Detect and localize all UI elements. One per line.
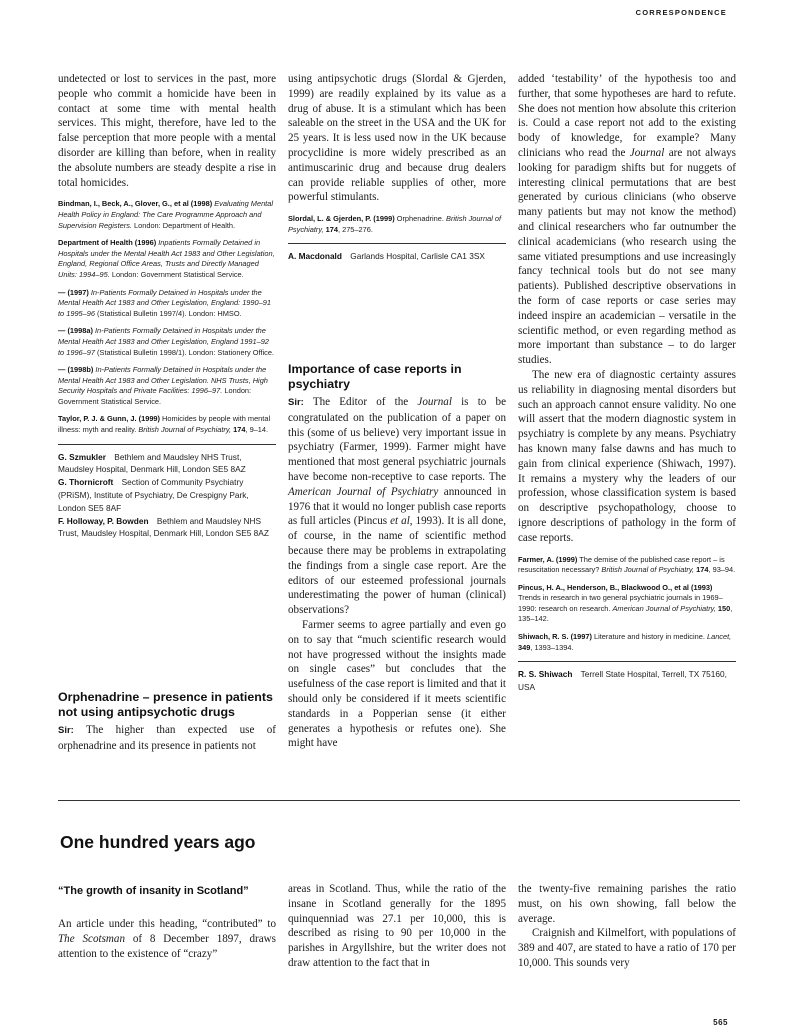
body-paragraph: using antipsychotic drugs (Slordal & Gje… <box>288 72 506 205</box>
author-affiliation: F. Holloway, P. Bowden Bethlem and Mauds… <box>58 515 276 541</box>
reference: Department of Health (1996) Inpatients F… <box>58 238 276 280</box>
divider <box>518 661 736 662</box>
case-reports-letter: Importance of case reports in psychiatry… <box>288 362 506 751</box>
hundred-years-col-3: the twenty-five remaining parishes the r… <box>518 882 736 971</box>
body-paragraph: the twenty-five remaining parishes the r… <box>518 882 736 926</box>
orphenadrine-letter-start: Orphenadrine – presence in patients not … <box>58 690 276 754</box>
reference: Farmer, A. (1999) The demise of the publ… <box>518 555 736 576</box>
author-affiliation: A. Macdonald Garlands Hospital, Carlisle… <box>288 250 506 263</box>
body-paragraph: Sir: The Editor of the Journal is to be … <box>288 395 506 618</box>
author-affiliation: G. Thornicroft Section of Community Psyc… <box>58 476 276 514</box>
reference: — (1998a) In-Patients Formally Detained … <box>58 326 276 358</box>
hundred-years-col-2: areas in Scotland. Thus, while the ratio… <box>288 882 506 971</box>
body-paragraph: undetected or lost to services in the pa… <box>58 72 276 190</box>
body-paragraph: added ‘testability’ of the hypothesis to… <box>518 72 736 368</box>
column-2: using antipsychotic drugs (Slordal & Gje… <box>288 72 506 263</box>
body-paragraph: areas in Scotland. Thus, while the ratio… <box>288 882 506 971</box>
reference: — (1998b) In-Patients Formally Detained … <box>58 365 276 407</box>
column-1: undetected or lost to services in the pa… <box>58 72 276 540</box>
section-title: Orphenadrine – presence in patients not … <box>58 690 276 720</box>
feature-subtitle: “The growth of insanity in Scotland” <box>58 884 276 898</box>
author-affiliation: G. Szmukler Bethlem and Maudsley NHS Tru… <box>58 451 276 477</box>
body-paragraph: Farmer seems to agree partially and even… <box>288 618 506 751</box>
body-paragraph: Sir: The higher than expected use of orp… <box>58 723 276 754</box>
section-title: Importance of case reports in psychiatry <box>288 362 506 392</box>
feature-title: One hundred years ago <box>60 832 255 853</box>
reference: Pincus, H. A., Henderson, B., Blackwood … <box>518 583 736 625</box>
divider <box>58 444 276 445</box>
divider <box>288 243 506 244</box>
reference: Taylor, P. J. & Gunn, J. (1999) Homicide… <box>58 414 276 435</box>
reference: Bindman, I., Beck, A., Glover, G., et al… <box>58 199 276 231</box>
body-paragraph: Craignish and Kilmelfort, with populatio… <box>518 926 736 970</box>
column-3: added ‘testability’ of the hypothesis to… <box>518 72 736 694</box>
section-divider <box>58 800 740 801</box>
page-number: 565 <box>713 1018 728 1027</box>
author-affiliation: R. S. Shiwach Terrell State Hospital, Te… <box>518 668 736 694</box>
body-paragraph: An article under this heading, “contribu… <box>58 917 276 961</box>
running-head: CORRESPONDENCE <box>636 8 727 17</box>
hundred-years-col-1: “The growth of insanity in Scotland” An … <box>58 884 276 961</box>
reference: Shiwach, R. S. (1997) Literature and his… <box>518 632 736 653</box>
reference: — (1997) In-Patients Formally Detained i… <box>58 288 276 320</box>
reference: Slordal, L. & Gjerden, P. (1999) Orphena… <box>288 214 506 235</box>
body-paragraph: The new era of diagnostic certainty assu… <box>518 368 736 546</box>
